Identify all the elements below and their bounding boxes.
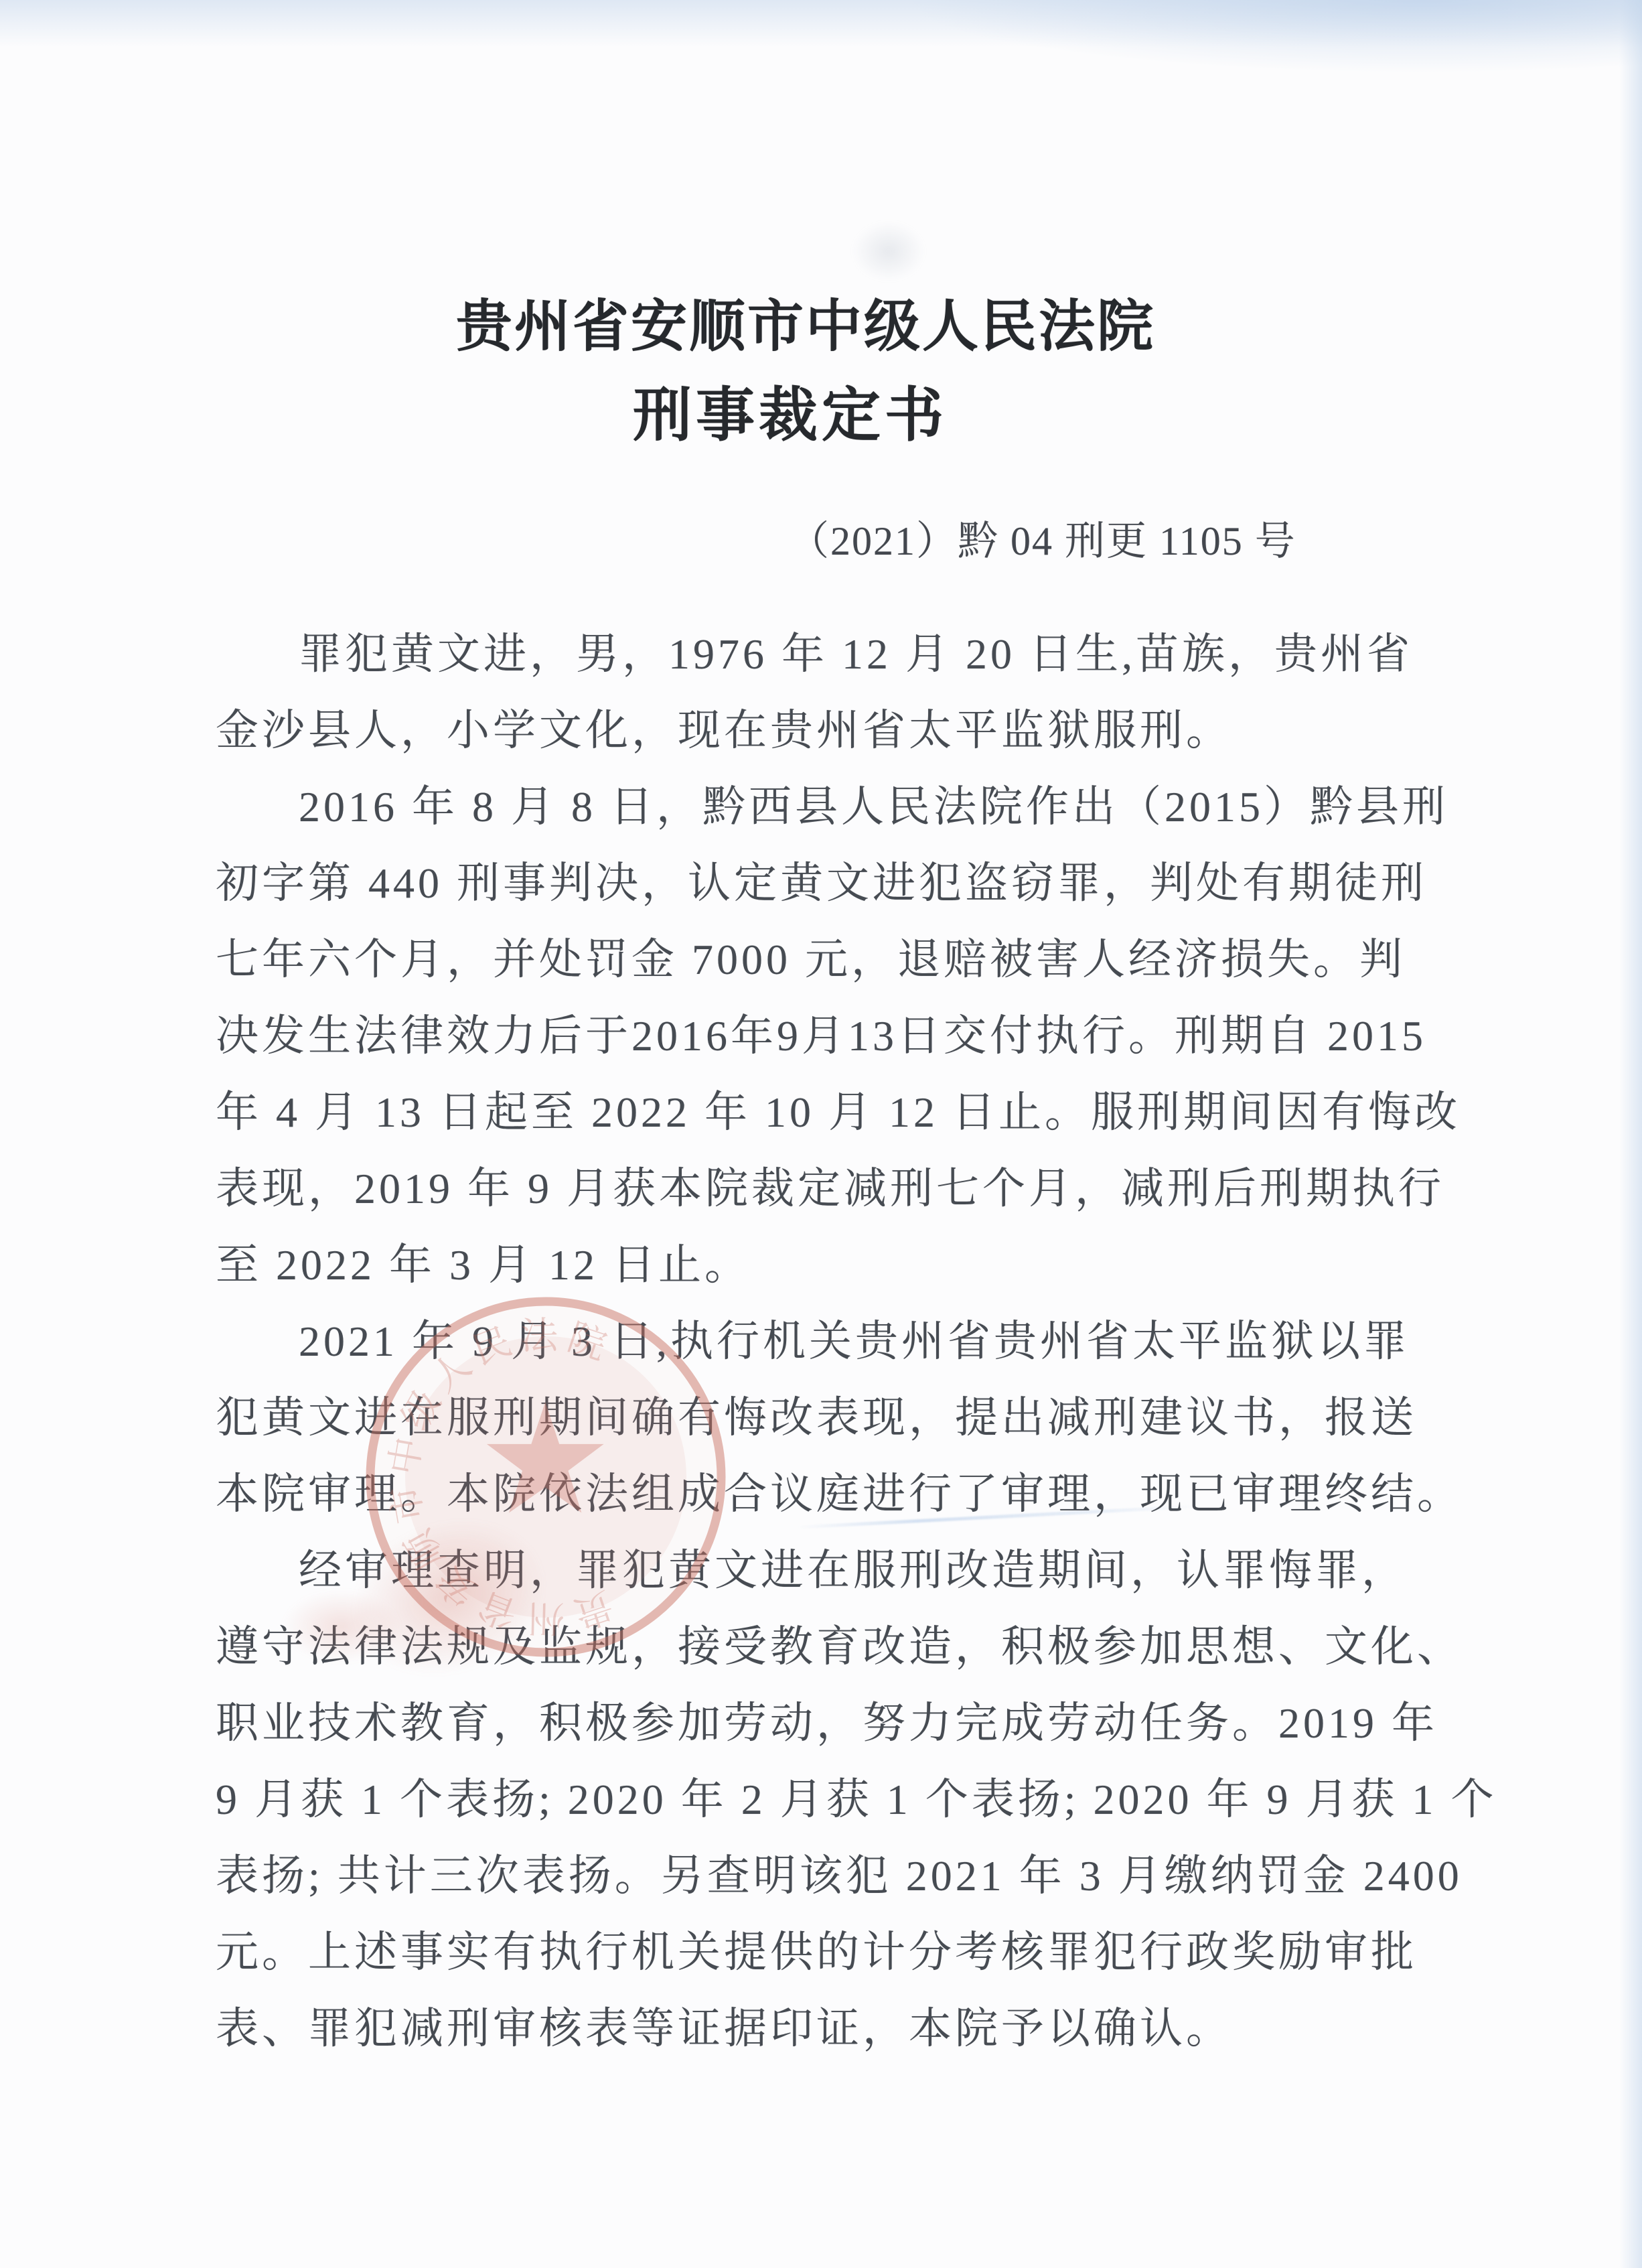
case-number: （2021）黔 04 刑更 1105 号 bbox=[789, 509, 1296, 567]
body-line-3: 2016 年 8 月 8 日，黔西县人民法院作出（2015）黔县刑 bbox=[216, 769, 1402, 845]
body-line-5: 七年六个月，并处罚金 7000 元，退赔被害人经济损失。判 bbox=[216, 922, 1402, 998]
body-line-19: 表、罪犯减刑审核表等证据印证，本院予以确认。 bbox=[216, 1991, 1402, 2067]
body-line-17: 表扬; 共计三次表扬。另查明该犯 2021 年 3 月缴纳罚金 2400 bbox=[216, 1838, 1402, 1914]
document-type-title: 刑事裁定书 bbox=[0, 368, 1580, 453]
court-seal: 贵州省安顺市中级人民法院 bbox=[345, 1276, 747, 1678]
scan-artifact-top-edge bbox=[0, 0, 1642, 47]
scan-smudge bbox=[852, 221, 925, 281]
body-line-2: 金沙县人，小学文化，现在贵州省太平监狱服刑。 bbox=[216, 693, 1402, 769]
body-line-18: 元。上述事实有执行机关提供的计分考核罪犯行政奖励审批 bbox=[216, 1914, 1402, 1991]
body-line-1: 罪犯黄文进，男，1976 年 12 月 20 日生,苗族，贵州省 bbox=[216, 616, 1402, 693]
court-name-title: 贵州省安顺市中级人民法院 bbox=[0, 281, 1611, 362]
scan-artifact-right-edge bbox=[1619, 0, 1642, 2268]
scan-artifact-top-right bbox=[905, 0, 1642, 74]
body-line-8: 表现，2019 年 9 月获本院裁定减刑七个月，减刑后刑期执行 bbox=[216, 1151, 1402, 1227]
body-line-4: 初字第 440 刑事判决，认定黄文进犯盗窃罪，判处有期徒刑 bbox=[216, 845, 1402, 922]
scanned-court-document: 贵州省安顺市中级人民法院 刑事裁定书 （2021）黔 04 刑更 1105 号 … bbox=[0, 0, 1642, 2268]
body-line-16: 9 月获 1 个表扬; 2020 年 2 月获 1 个表扬; 2020 年 9 … bbox=[216, 1762, 1402, 1838]
body-line-15: 职业技术教育，积极参加劳动，努力完成劳动任务。2019 年 bbox=[216, 1685, 1402, 1762]
body-line-6: 决发生法律效力后于2016年9月13日交付执行。刑期自 2015 bbox=[216, 998, 1402, 1074]
body-line-7: 年 4 月 13 日起至 2022 年 10 月 12 日止。服刑期间因有悔改 bbox=[216, 1074, 1402, 1151]
seal-ink-smudge-left bbox=[281, 1589, 402, 1663]
